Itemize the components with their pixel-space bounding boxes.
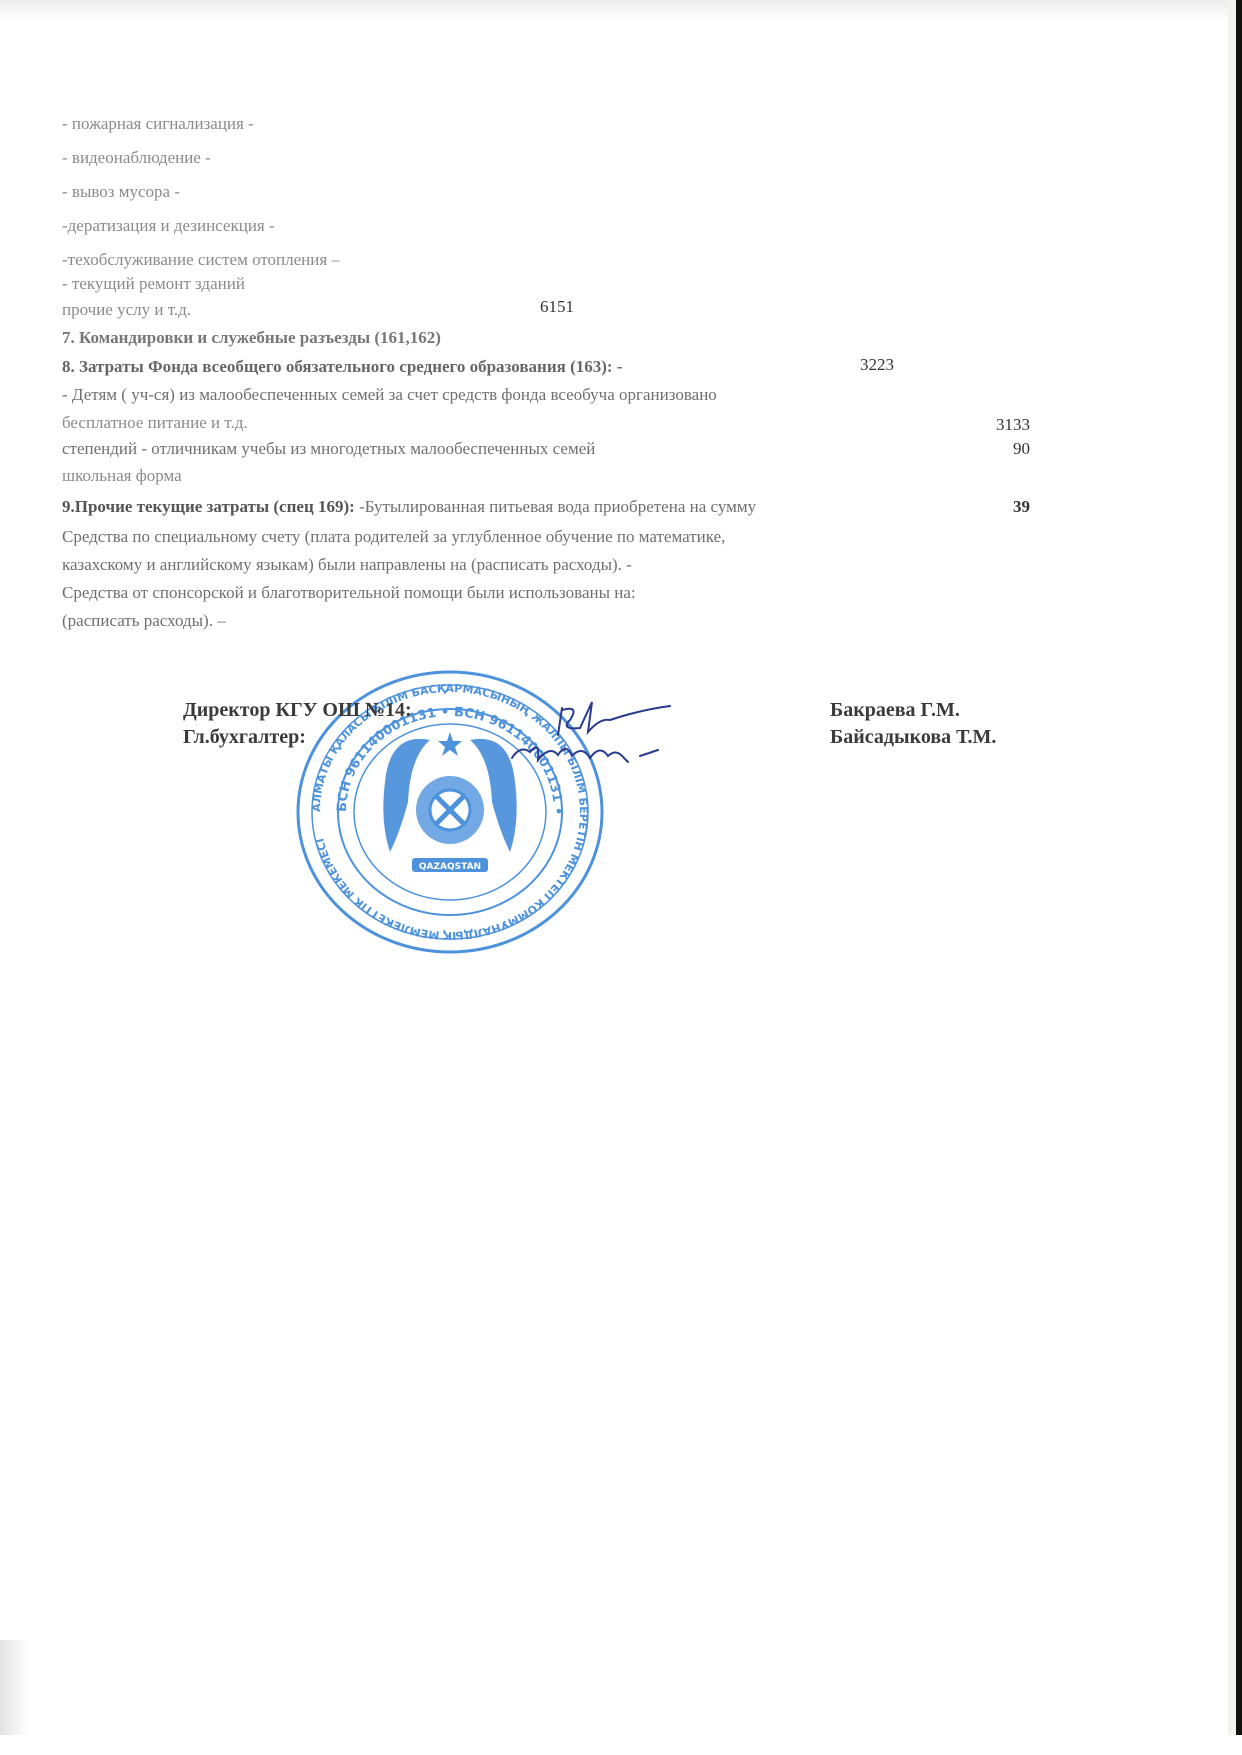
- section8-title: 8. Затраты Фонда всеобщего обязательного…: [62, 357, 622, 377]
- sponsorship-line2: (расписать расходы). –: [62, 611, 226, 631]
- section9-text: -Бутылированная питьевая вода приобретен…: [355, 497, 756, 516]
- section8-line3: степендий - отличникам учебы из многодет…: [62, 439, 595, 459]
- section8-line2-value: 3133: [960, 415, 1030, 435]
- section8-line2: бесплатное питание и т.д.: [62, 413, 248, 433]
- director-name: Бакраева Г.М.: [830, 697, 960, 723]
- other-services-value: 6151: [540, 297, 600, 317]
- special-account-line2: казахскому и английскому языкам) были на…: [62, 555, 632, 575]
- section8-line1: - Детям ( уч-ся) из малообеспеченных сем…: [62, 385, 717, 405]
- special-account-line1: Средства по специальному счету (плата ро…: [62, 527, 725, 547]
- utility-item: - текущий ремонт зданий: [62, 274, 245, 294]
- section8-value: 3223: [860, 355, 930, 375]
- scan-shadow-top: [0, 0, 1242, 22]
- other-services-label: прочие услу и т.д.: [62, 300, 191, 320]
- utility-item: - пожарная сигнализация -: [62, 114, 254, 134]
- section9-title: 9.Прочие текущие затраты (спец 169):: [62, 497, 355, 516]
- scan-shadow-left: [0, 1640, 30, 1735]
- scan-edge-dark: [1236, 0, 1242, 1735]
- director-label: Директор КГУ ОШ №14:: [183, 697, 412, 723]
- scan-edge-light: [1228, 0, 1236, 1735]
- section9: 9.Прочие текущие затраты (спец 169): -Бу…: [62, 497, 756, 517]
- accountant-label: Гл.бухгалтер:: [183, 724, 306, 750]
- handwritten-signature: [500, 690, 680, 770]
- utility-item: - видеонаблюдение -: [62, 148, 211, 168]
- section7-title: 7. Командировки и служебные разъезды (16…: [62, 328, 441, 348]
- accountant-name: Байсадыкова Т.М.: [830, 724, 996, 750]
- utility-item: -техобслуживание систем отопления –: [62, 250, 340, 270]
- emblem-icon: QAZAQSTAN: [383, 732, 516, 872]
- utility-item: -дератизация и дезинсекция -: [62, 216, 275, 236]
- sponsorship-line1: Средства от спонсорской и благотворитель…: [62, 583, 636, 603]
- section9-value: 39: [960, 497, 1030, 517]
- emblem-label: QAZAQSTAN: [419, 862, 481, 872]
- section8-line4: школьная форма: [62, 466, 182, 486]
- section8-line3-value: 90: [960, 439, 1030, 459]
- utility-item: - вывоз мусора -: [62, 182, 180, 202]
